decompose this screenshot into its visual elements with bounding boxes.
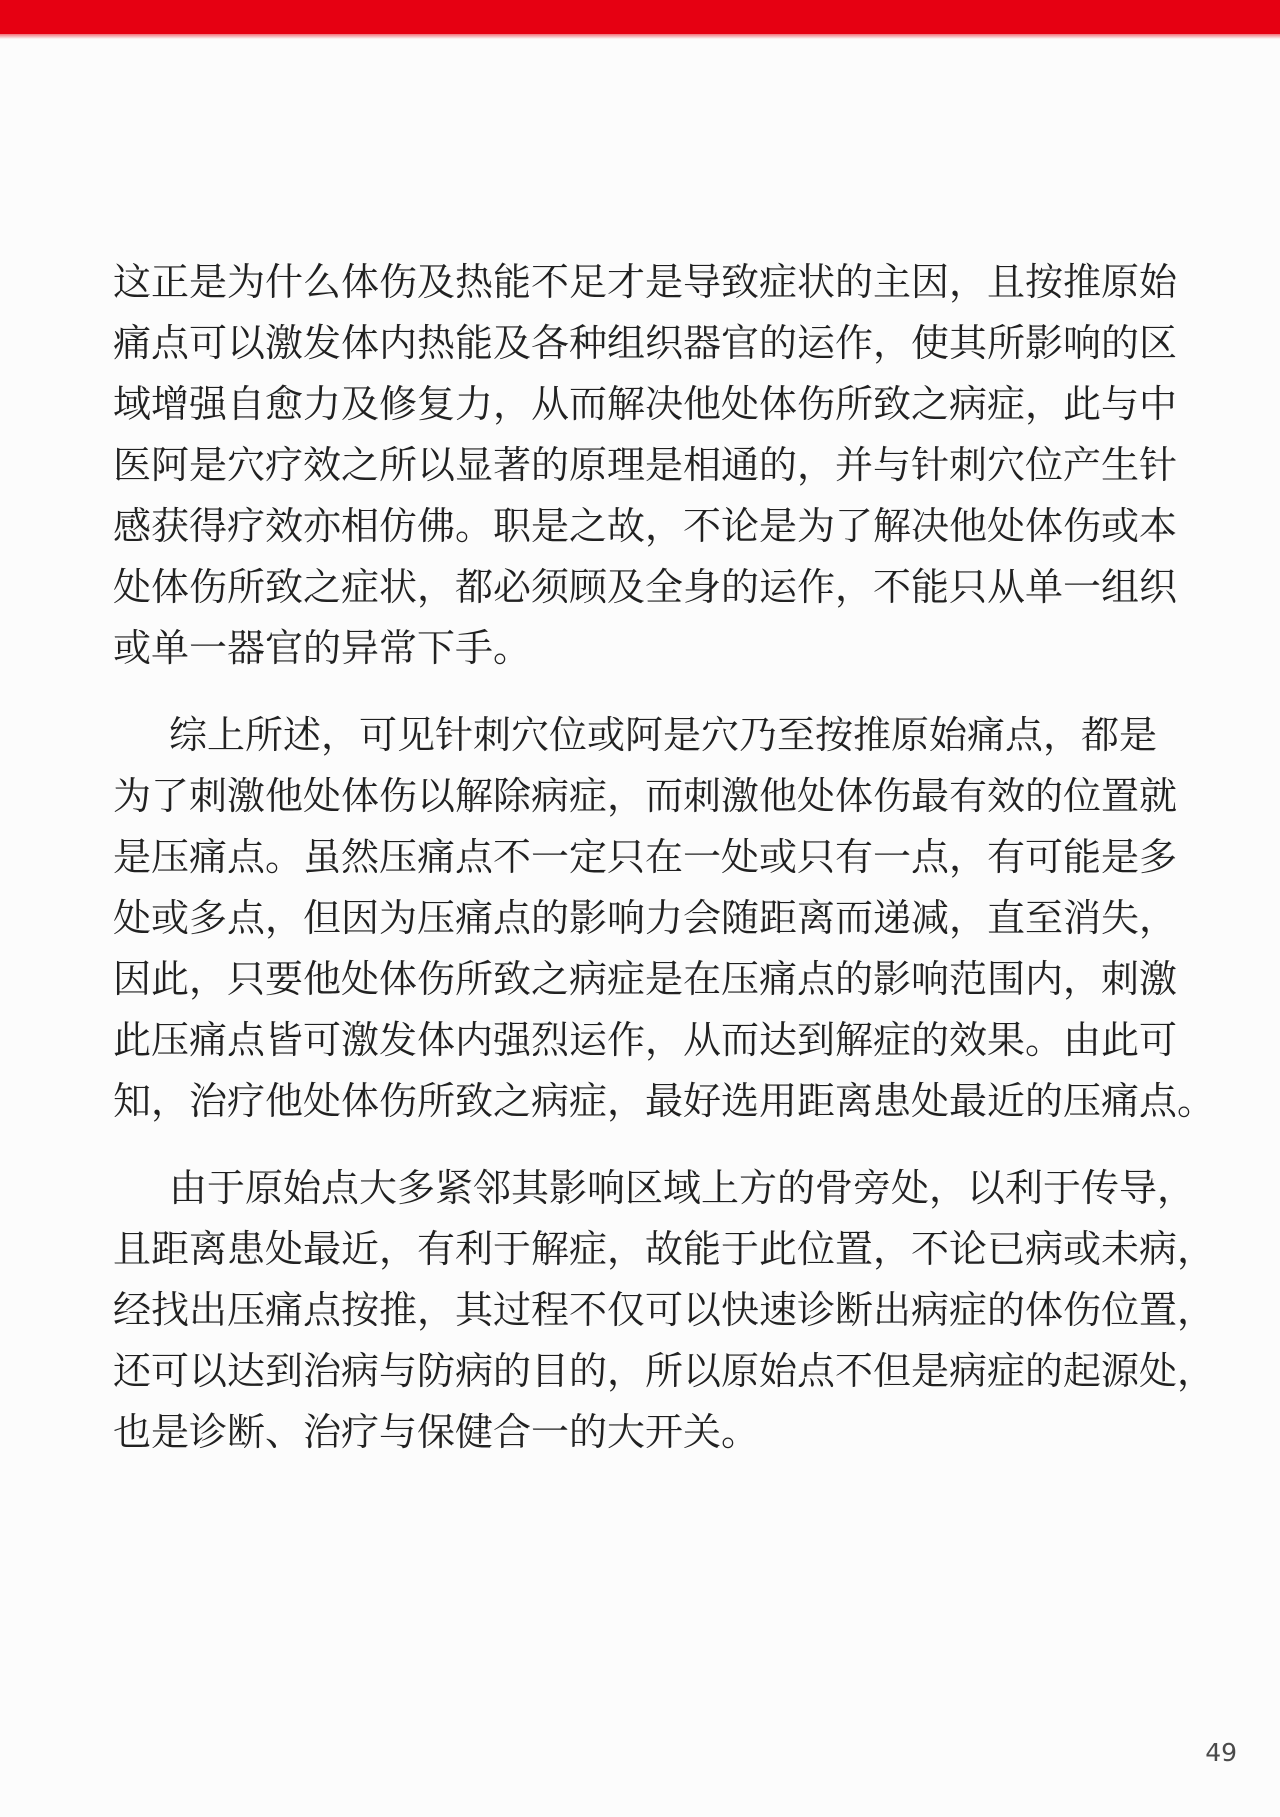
paragraph-1: 这正是为什么体伤及热能不足才是导致症状的主因，且按推原始 痛点可以激发体内热能及… xyxy=(113,252,1145,679)
text-line: 此压痛点皆可激发体内强烈运作，从而达到解症的效果。由此可 xyxy=(113,1010,1145,1071)
text-line: 也是诊断、治疗与保健合一的大开关。 xyxy=(113,1402,1145,1463)
text-line: 处体伤所致之症状，都必须顾及全身的运作，不能只从单一组织 xyxy=(113,557,1145,618)
text-line: 医阿是穴疗效之所以显著的原理是相通的，并与针刺穴位产生针 xyxy=(113,435,1145,496)
top-red-bar xyxy=(0,0,1280,34)
page-text-block: 这正是为什么体伤及热能不足才是导致症状的主因，且按推原始 痛点可以激发体内热能及… xyxy=(113,252,1145,1463)
paragraph-2: 综上所述，可见针刺穴位或阿是穴乃至按推原始痛点，都是 为了刺激他处体伤以解除病症… xyxy=(113,705,1145,1132)
text-line: 还可以达到治病与防病的目的，所以原始点不但是病症的起源处， xyxy=(113,1341,1145,1402)
text-line: 且距离患处最近，有利于解症，故能于此位置，不论已病或未病， xyxy=(113,1219,1145,1280)
text-line: 是压痛点。虽然压痛点不一定只在一处或只有一点，有可能是多 xyxy=(113,827,1145,888)
text-line: 知，治疗他处体伤所致之病症，最好选用距离患处最近的压痛点。 xyxy=(113,1071,1145,1132)
text-line: 感获得疗效亦相仿佛。职是之故，不论是为了解决他处体伤或本 xyxy=(113,496,1145,557)
text-line: 由于原始点大多紧邻其影响区域上方的骨旁处，以利于传导， xyxy=(113,1158,1145,1219)
text-line: 综上所述，可见针刺穴位或阿是穴乃至按推原始痛点，都是 xyxy=(113,705,1145,766)
text-line: 域增强自愈力及修复力，从而解决他处体伤所致之病症，此与中 xyxy=(113,374,1145,435)
text-line: 因此，只要他处体伤所致之病症是在压痛点的影响范围内，刺激 xyxy=(113,949,1145,1010)
text-line: 为了刺激他处体伤以解除病症，而刺激他处体伤最有效的位置就 xyxy=(113,766,1145,827)
text-line: 这正是为什么体伤及热能不足才是导致症状的主因，且按推原始 xyxy=(113,252,1145,313)
text-line: 痛点可以激发体内热能及各种组织器官的运作，使其所影响的区 xyxy=(113,313,1145,374)
page-number: 49 xyxy=(1205,1736,1237,1770)
paragraph-3: 由于原始点大多紧邻其影响区域上方的骨旁处，以利于传导， 且距离患处最近，有利于解… xyxy=(113,1158,1145,1463)
text-line: 或单一器官的异常下手。 xyxy=(113,618,1145,679)
text-line: 经找出压痛点按推，其过程不仅可以快速诊断出病症的体伤位置， xyxy=(113,1280,1145,1341)
text-line: 处或多点，但因为压痛点的影响力会随距离而递减，直至消失， xyxy=(113,888,1145,949)
